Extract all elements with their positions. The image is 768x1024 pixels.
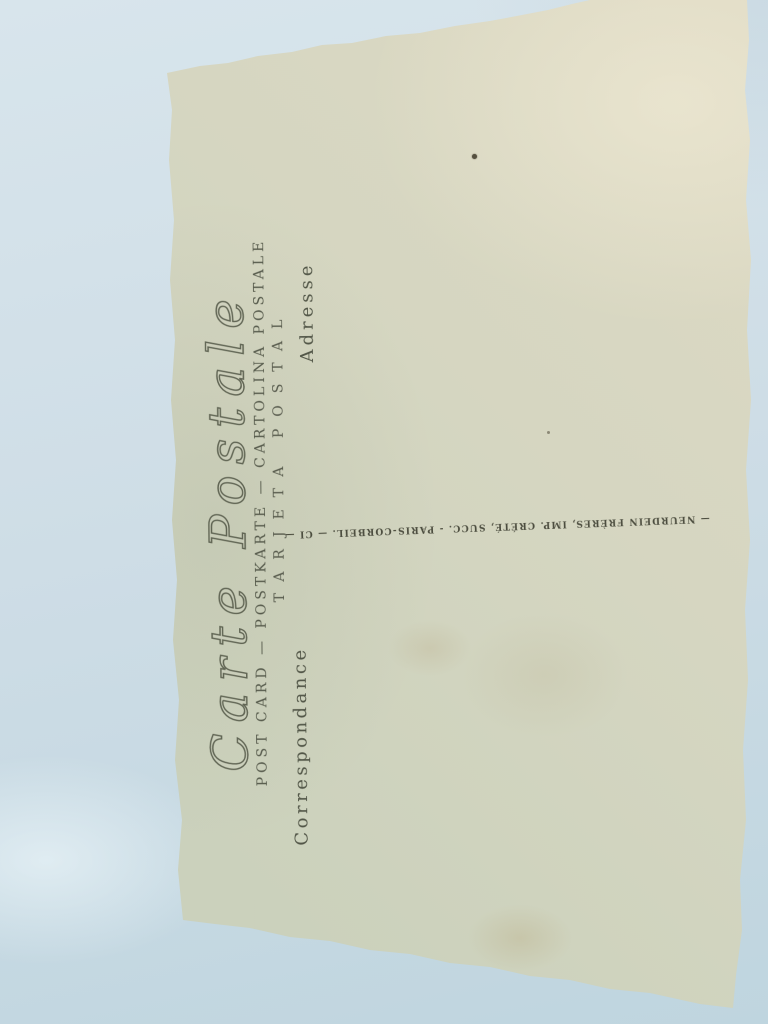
correspondence-label: Correspondance — [289, 646, 312, 845]
postcard-languages-line-2: TARJETA POSTAL — [270, 308, 288, 603]
photo-of-postcard-back: Carte Postale POST CARD — POSTKARTE — CA… — [0, 0, 768, 1024]
address-label: Adresse — [296, 261, 318, 362]
ink-speck-small — [547, 431, 550, 434]
postcard-title: Carte Postale — [196, 288, 259, 772]
postcard — [0, 0, 768, 1024]
ink-speck — [472, 154, 477, 159]
